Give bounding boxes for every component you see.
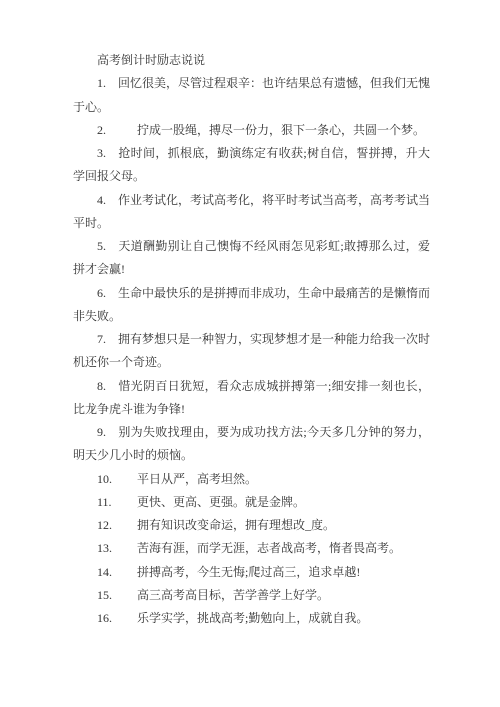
quote-list: 1.回忆很美，尽管过程艰辛：也许结果总有遗憾，但我们无愧于心。 2.拧成一股绳，…: [73, 72, 430, 630]
item-number: 6.: [97, 282, 118, 305]
item-number: 13.: [97, 537, 137, 560]
list-item: 15.高三高考高目标，苦学善学上好学。: [73, 584, 430, 607]
list-item: 8.惜光阴百日犹短，看众志成城拼搏第一;细安排一刻也长，比龙争虎斗谁为争锋!: [73, 375, 430, 422]
item-text: 苦海有涯，而学无涯，志者战高考，惰者畏高考。: [137, 541, 401, 555]
item-text: 平日从严，高考坦然。: [137, 472, 257, 486]
item-text: 天道酬勤别让自己懊悔不经风雨怎见彩虹;敢搏那么过，爱拼才会赢!: [73, 239, 430, 276]
list-item: 5.天道酬勤别让自己懊悔不经风雨怎见彩虹;敢搏那么过，爱拼才会赢!: [73, 235, 430, 282]
item-text: 生命中最快乐的是拼搏而非成功，生命中最痛苦的是懒惰而非失败。: [73, 286, 430, 323]
item-text: 别为失败找理由，要为成功找方法;今天多几分钟的努力，明天少几小时的烦恼。: [73, 425, 430, 462]
item-number: 8.: [97, 375, 118, 398]
item-number: 16.: [97, 607, 137, 630]
item-number: 9.: [97, 421, 118, 444]
item-number: 4.: [97, 189, 118, 212]
list-item: 12.拥有知识改变命运，拥有理想改_度。: [73, 514, 430, 537]
list-item: 4.作业考试化，考试高考化，将平时考试当高考，高考考试当平时。: [73, 189, 430, 236]
item-text: 高三高考高目标，苦学善学上好学。: [137, 588, 329, 602]
item-number: 11.: [97, 491, 137, 514]
item-text: 拥有梦想只是一种智力，实现梦想才是一种能力给我一次时机还你一个奇迹。: [73, 332, 430, 369]
document-page: 高考倒计时励志说说 1.回忆很美，尽管过程艰辛：也许结果总有遗憾，但我们无愧于心…: [0, 0, 500, 707]
list-item: 6.生命中最快乐的是拼搏而非成功，生命中最痛苦的是懒惰而非失败。: [73, 282, 430, 329]
list-item: 14.拼搏高考，今生无悔;爬过高三，追求卓越!: [73, 561, 430, 584]
item-number: 2.: [97, 119, 137, 142]
list-item: 16.乐学实学，挑战高考;勤勉向上，成就自我。: [73, 607, 430, 630]
item-number: 5.: [97, 235, 118, 258]
list-item: 9.别为失败找理由，要为成功找方法;今天多几分钟的努力，明天少几小时的烦恼。: [73, 421, 430, 468]
document-title: 高考倒计时励志说说: [73, 49, 430, 72]
item-number: 12.: [97, 514, 137, 537]
item-number: 7.: [97, 328, 118, 351]
list-item: 7.拥有梦想只是一种智力，实现梦想才是一种能力给我一次时机还你一个奇迹。: [73, 328, 430, 375]
item-number: 1.: [97, 72, 118, 95]
item-text: 惜光阴百日犹短，看众志成城拼搏第一;细安排一刻也长，比龙争虎斗谁为争锋!: [73, 379, 430, 416]
item-text: 抢时间，抓根底，勤演练定有收获;树自信，誓拼搏，升大学回报父母。: [73, 146, 430, 183]
item-text: 拧成一股绳，搏尽一份力，狠下一条心，共圆一个梦。: [137, 123, 425, 137]
item-text: 作业考试化，考试高考化，将平时考试当高考，高考考试当平时。: [73, 193, 430, 230]
list-item: 3.抢时间，抓根底，勤演练定有收获;树自信，誓拼搏，升大学回报父母。: [73, 142, 430, 189]
item-number: 3.: [97, 142, 118, 165]
list-item: 13.苦海有涯，而学无涯，志者战高考，惰者畏高考。: [73, 537, 430, 560]
item-number: 15.: [97, 584, 137, 607]
item-text: 更快、更高、更强。就是金牌。: [137, 495, 305, 509]
item-text: 回忆很美，尽管过程艰辛：也许结果总有遗憾，但我们无愧于心。: [73, 76, 430, 113]
item-number: 10.: [97, 468, 137, 491]
item-text: 拥有知识改变命运，拥有理想改_度。: [137, 518, 335, 532]
list-item: 2.拧成一股绳，搏尽一份力，狠下一条心，共圆一个梦。: [73, 119, 430, 142]
item-text: 拼搏高考，今生无悔;爬过高三，追求卓越!: [137, 565, 360, 579]
list-item: 11.更快、更高、更强。就是金牌。: [73, 491, 430, 514]
list-item: 1.回忆很美，尽管过程艰辛：也许结果总有遗憾，但我们无愧于心。: [73, 72, 430, 119]
item-number: 14.: [97, 561, 137, 584]
item-text: 乐学实学，挑战高考;勤勉向上，成就自我。: [137, 611, 368, 625]
list-item: 10.平日从严，高考坦然。: [73, 468, 430, 491]
